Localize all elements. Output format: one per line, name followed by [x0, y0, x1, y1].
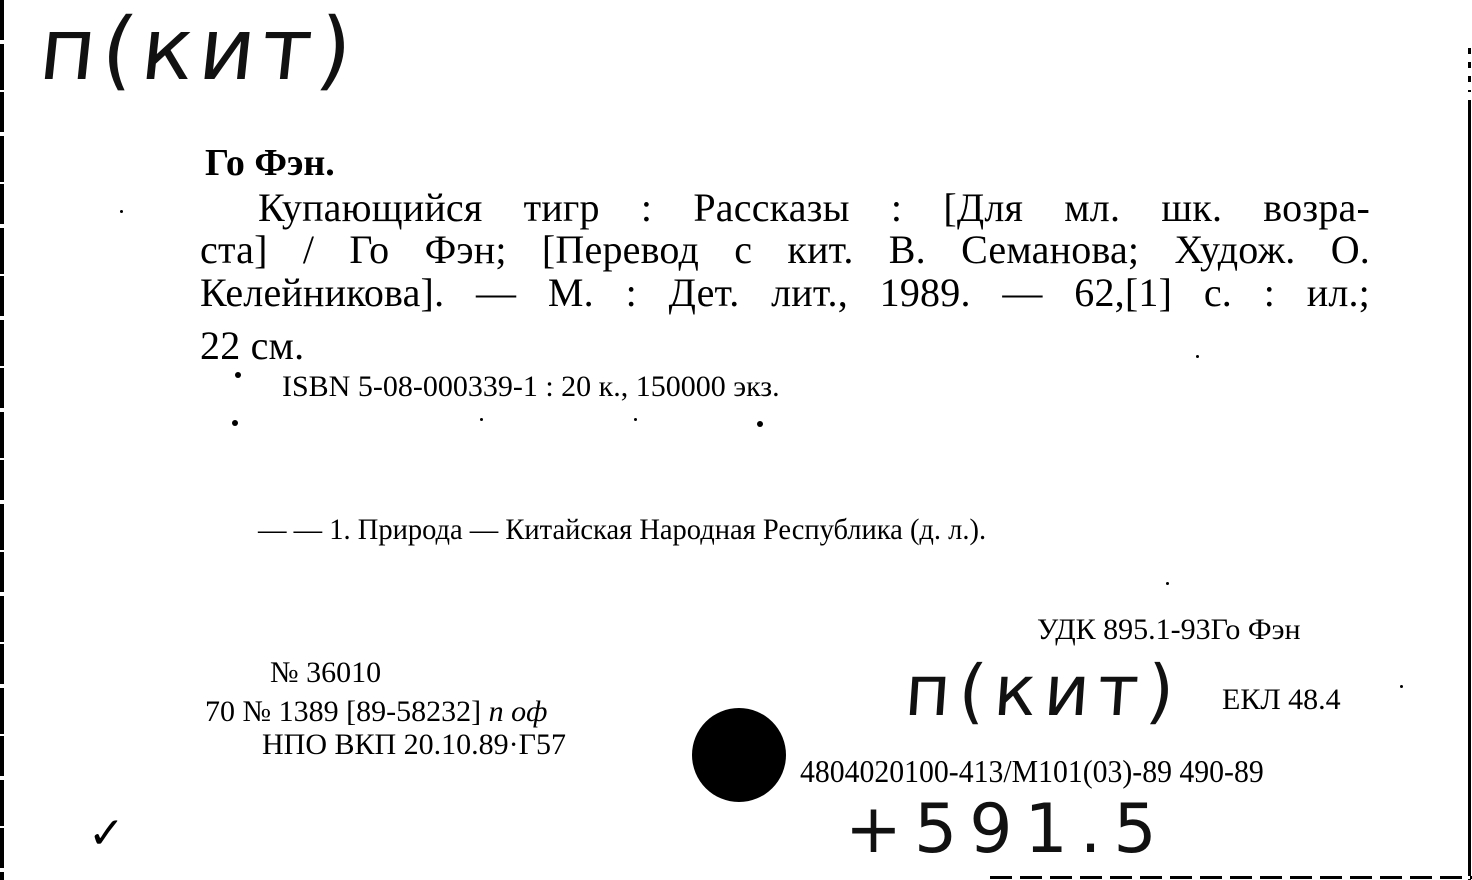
- handwritten-number: +591.5: [845, 790, 1169, 869]
- scan-speck: [1166, 582, 1169, 585]
- isbn-price-print-run: ISBN 5-08-000339-1 : 20 к., 150000 экз.: [282, 372, 780, 402]
- description-line-3: Келейникова]. — М. : Дет. лит., 1989. — …: [200, 273, 1370, 313]
- handwritten-classification-top: п(кит): [35, 0, 363, 100]
- record-number-1: № 36010: [270, 658, 381, 688]
- catalog-card: п(кит) Го Фэн. Купающийся тигр : Рассказ…: [0, 0, 1472, 880]
- record-number-2-suffix: п оф: [489, 695, 548, 728]
- punch-hole: [692, 708, 786, 802]
- handwritten-classification-mid: п(кит): [902, 650, 1185, 732]
- card-bottom-edge: [990, 876, 1472, 879]
- card-right-edge-dashed: [1468, 48, 1471, 92]
- scan-speck: [634, 418, 637, 421]
- scan-speck: [232, 420, 238, 426]
- record-number-2: 70 № 1389 [89-58232] п оф: [205, 697, 547, 727]
- author-heading: Го Фэн.: [205, 144, 335, 182]
- description-line-4: 22 см.: [200, 326, 304, 366]
- record-number-3: НПО ВКП 20.10.89·Г57: [262, 730, 566, 760]
- card-left-edge: [0, 0, 4, 880]
- description-line-1: Купающийся тигр : Рассказы : [Для мл. шк…: [258, 188, 1370, 228]
- bbk-code: 4804020100-413/М101(03)-89 490-89: [800, 755, 1264, 787]
- check-mark-icon: ✓: [88, 812, 125, 856]
- scan-speck: [480, 418, 483, 421]
- description-line-2: ста] / Го Фэн; [Перевод с кит. В. Семано…: [200, 230, 1370, 270]
- scan-speck: [757, 421, 763, 427]
- scan-speck: [1196, 355, 1199, 358]
- scan-speck: [235, 372, 241, 378]
- udk-code: УДК 895.1-93Го Фэн: [1037, 615, 1301, 645]
- record-number-2-prefix: 70 № 1389 [89-58232]: [205, 695, 481, 728]
- subject-heading: — — 1. Природа — Китайская Народная Респ…: [258, 515, 986, 545]
- scan-speck: [1400, 685, 1403, 688]
- scan-speck: [120, 210, 123, 213]
- ekl-code: ЕКЛ 48.4: [1222, 685, 1341, 715]
- card-right-edge: [1468, 100, 1471, 880]
